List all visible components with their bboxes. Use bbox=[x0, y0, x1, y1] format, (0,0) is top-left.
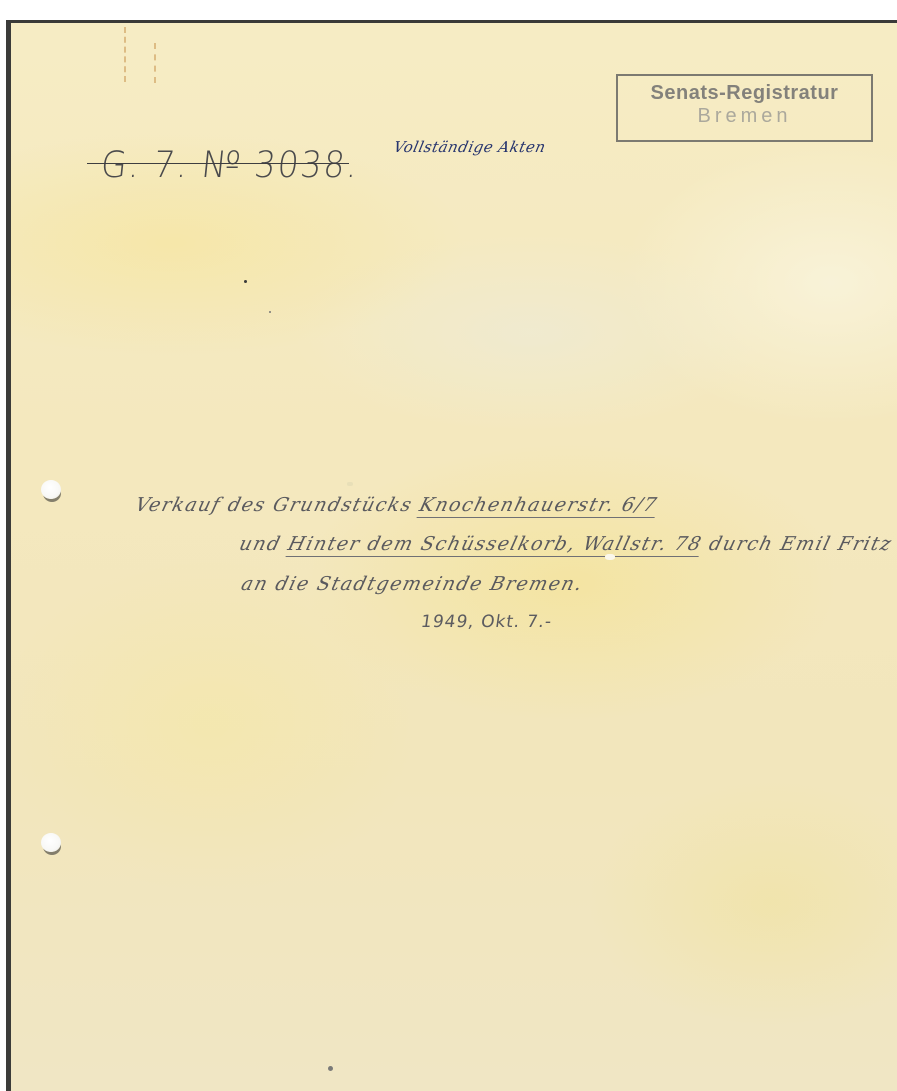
registry-stamp: Senats-Registratur Bremen bbox=[616, 74, 873, 142]
paper-speck bbox=[605, 554, 615, 560]
title-line-1: Verkauf des Grundstücks Knochenhauerstr.… bbox=[133, 494, 660, 516]
paper-speck bbox=[347, 482, 353, 486]
title-line-2-address: Hinter dem Schüsselkorb, Wallstr. 78 bbox=[285, 533, 705, 557]
tape-mark bbox=[124, 27, 128, 82]
punch-hole bbox=[41, 833, 61, 852]
ink-note: Vollständige Akten bbox=[392, 138, 547, 156]
document-sheet: G. 7. № 3038. Vollständige Akten Senats-… bbox=[6, 20, 897, 1091]
punch-hole bbox=[41, 480, 61, 499]
file-number-underline bbox=[87, 163, 349, 164]
title-line-3: an die Stadtgemeinde Bremen. bbox=[239, 573, 586, 595]
document-date: 1949, Okt. 7.- bbox=[420, 612, 554, 632]
title-line-2-prefix: und bbox=[237, 533, 291, 555]
title-line-1-address: Knochenhauerstr. 6/7 bbox=[417, 494, 660, 518]
title-line-2-suffix: durch Emil Fritz bbox=[699, 533, 895, 555]
file-number: G. 7. № 3038. bbox=[99, 143, 361, 186]
paper-speck bbox=[244, 280, 247, 283]
paper-speck bbox=[269, 311, 271, 313]
title-line-2: und Hinter dem Schüsselkorb, Wallstr. 78… bbox=[237, 533, 895, 555]
paper-speck bbox=[328, 1066, 333, 1071]
stamp-line-registry: Senats-Registratur bbox=[618, 82, 871, 104]
tape-mark bbox=[154, 43, 158, 83]
title-line-1-prefix: Verkauf des Grundstücks bbox=[133, 494, 423, 516]
stamp-line-city: Bremen bbox=[618, 104, 871, 128]
